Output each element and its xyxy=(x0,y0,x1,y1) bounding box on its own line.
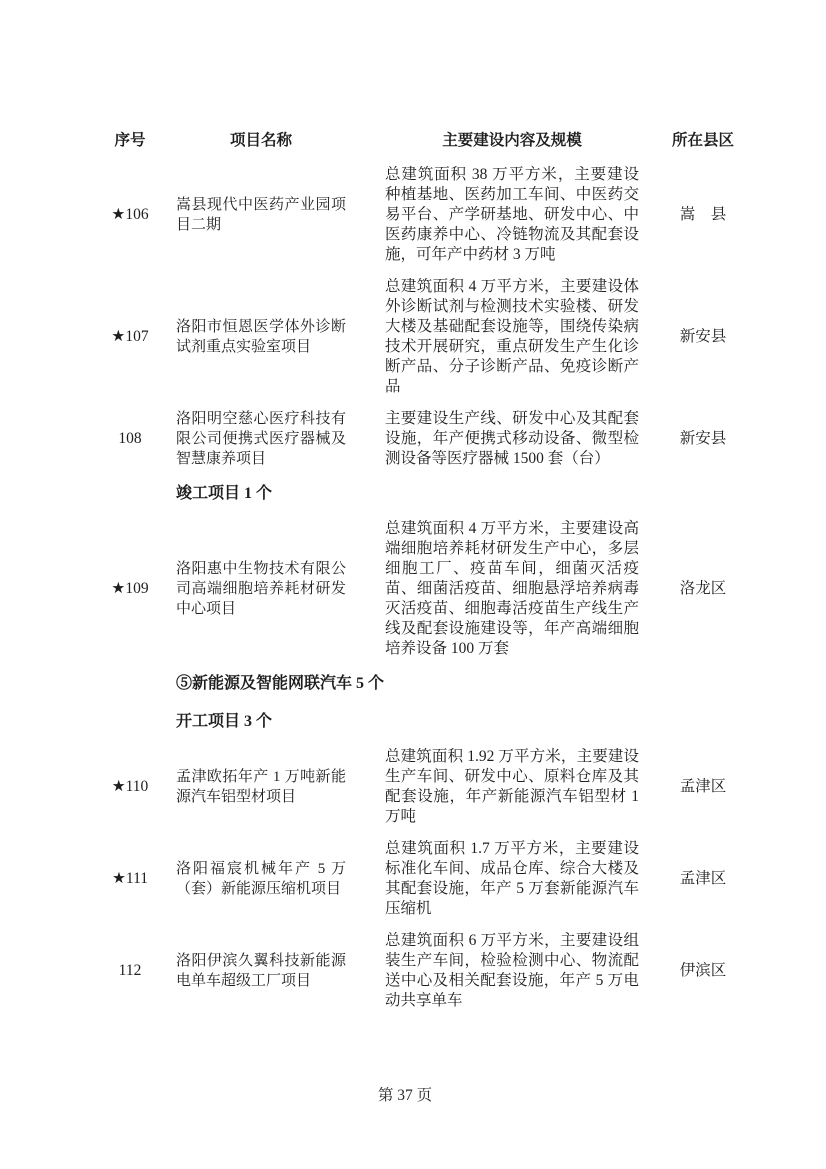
project-district: 新安县 xyxy=(648,403,758,475)
project-description: 总建筑面积 4 万平方米，主要建设高端细胞培养耗材研发生产中心，多层细胞工厂、疫… xyxy=(376,513,648,665)
project-name: 孟津欧拓年产 1 万吨新能源汽车铝型材项目 xyxy=(162,741,376,833)
project-name: 洛阳市恒恩医学体外诊断试剂重点实验室项目 xyxy=(162,271,376,403)
project-number: ★110 xyxy=(98,741,162,833)
header-construction-content: 主要建设内容及规模 xyxy=(376,125,648,159)
project-row-111: ★111 洛阳福宸机械年产 5 万（套）新能源压缩机项目 总建筑面积 1.7 万… xyxy=(98,833,758,925)
project-name: 洛阳明空慈心医疗科技有限公司便携式医疗器械及智慧康养项目 xyxy=(162,403,376,475)
project-number: 112 xyxy=(98,925,162,1017)
project-row-112: 112 洛阳伊滨久翼科技新能源电单车超级工厂项目 总建筑面积 6 万平方米，主要… xyxy=(98,925,758,1017)
project-number: ★109 xyxy=(98,513,162,665)
project-name: 洛阳伊滨久翼科技新能源电单车超级工厂项目 xyxy=(162,925,376,1017)
header-project-name: 项目名称 xyxy=(162,125,376,159)
project-district: 孟津区 xyxy=(648,833,758,925)
section-heading-started-projects: 开工项目 3 个 xyxy=(162,703,758,741)
page-number: 第 37 页 xyxy=(0,1086,810,1106)
project-table: 序号 项目名称 主要建设内容及规模 所在县区 ★106 嵩县现代中医药产业园项目… xyxy=(98,125,758,1017)
project-description: 总建筑面积 38 万平方米，主要建设种植基地、医药加工车间、中医药交易平台、产学… xyxy=(376,159,648,271)
project-district: 洛龙区 xyxy=(648,513,758,665)
header-district: 所在县区 xyxy=(648,125,758,159)
project-row-110: ★110 孟津欧拓年产 1 万吨新能源汽车铝型材项目 总建筑面积 1.92 万平… xyxy=(98,741,758,833)
project-district: 新安县 xyxy=(648,271,758,403)
project-description: 主要建设生产线、研发中心及其配套设施，年产便携式移动设备、微型检测设备等医疗器械… xyxy=(376,403,648,475)
section-heading-new-energy-vehicles: ⑤新能源及智能网联汽车 5 个 xyxy=(162,665,758,703)
header-serial-number: 序号 xyxy=(98,125,162,159)
project-description: 总建筑面积 1.7 万平方米，主要建设标准化车间、成品仓库、综合大楼及其配套设施… xyxy=(376,833,648,925)
project-district: 孟津区 xyxy=(648,741,758,833)
project-number: ★106 xyxy=(98,159,162,271)
project-number: 108 xyxy=(98,403,162,475)
project-row-109: ★109 洛阳惠中生物技术有限公司高端细胞培养耗材研发中心项目 总建筑面积 4 … xyxy=(98,513,758,665)
section-heading-row: ⑤新能源及智能网联汽车 5 个 xyxy=(98,665,758,703)
project-number: ★107 xyxy=(98,271,162,403)
section-heading-row: 开工项目 3 个 xyxy=(98,703,758,741)
document-page: 序号 项目名称 主要建设内容及规模 所在县区 ★106 嵩县现代中医药产业园项目… xyxy=(0,0,826,1169)
project-description: 总建筑面积 1.92 万平方米，主要建设生产车间、研发中心、原料仓库及其配套设施… xyxy=(376,741,648,833)
table-header-row: 序号 项目名称 主要建设内容及规模 所在县区 xyxy=(98,125,758,159)
section-heading-completed-projects: 竣工项目 1 个 xyxy=(162,475,758,513)
project-name: 洛阳福宸机械年产 5 万（套）新能源压缩机项目 xyxy=(162,833,376,925)
project-district: 伊滨区 xyxy=(648,925,758,1017)
project-description: 总建筑面积 4 万平方米，主要建设体外诊断试剂与检测技术实验楼、研发大楼及基础配… xyxy=(376,271,648,403)
project-name: 洛阳惠中生物技术有限公司高端细胞培养耗材研发中心项目 xyxy=(162,513,376,665)
project-row-107: ★107 洛阳市恒恩医学体外诊断试剂重点实验室项目 总建筑面积 4 万平方米，主… xyxy=(98,271,758,403)
project-district: 嵩 县 xyxy=(648,159,758,271)
section-heading-row: 竣工项目 1 个 xyxy=(98,475,758,513)
project-row-108: 108 洛阳明空慈心医疗科技有限公司便携式医疗器械及智慧康养项目 主要建设生产线… xyxy=(98,403,758,475)
project-number: ★111 xyxy=(98,833,162,925)
project-name: 嵩县现代中医药产业园项目二期 xyxy=(162,159,376,271)
project-description: 总建筑面积 6 万平方米，主要建设组装生产车间，检验检测中心、物流配送中心及相关… xyxy=(376,925,648,1017)
project-row-106: ★106 嵩县现代中医药产业园项目二期 总建筑面积 38 万平方米，主要建设种植… xyxy=(98,159,758,271)
